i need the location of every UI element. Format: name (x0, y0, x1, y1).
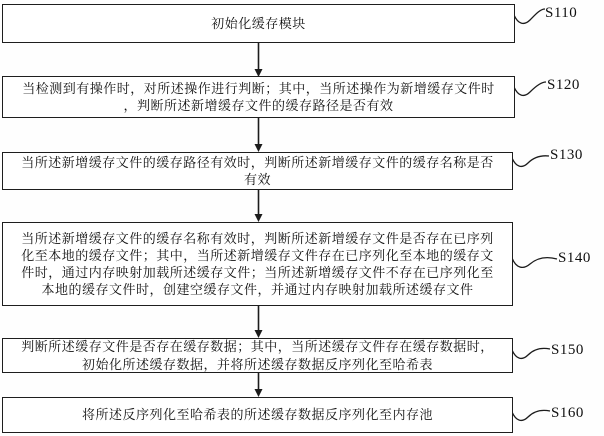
squiggle-s140 (512, 258, 557, 268)
squiggle-s120 (514, 82, 546, 95)
flow-step-box-s120: 当检测到有操作时，对所述操作进行判断；其中，当所述操作为新增缓存文件时 ，判断所… (2, 76, 515, 118)
squiggle-s160 (512, 410, 550, 420)
step-label-s150: S150 (551, 342, 584, 359)
step-label-s130: S130 (550, 147, 583, 164)
flow-step-box-s140: 当所述新增缓存文件的缓存名称有效时，判断所述新增缓存文件是否存在已序列 化至本地… (2, 222, 513, 306)
flow-arrow-3 (255, 190, 263, 222)
step-label-s160: S160 (551, 405, 584, 422)
flow-step-box-s150: 判断所述缓存文件是否存在缓存数据；其中，当所述缓存文件存在缓存数据时， 初始化所… (2, 338, 513, 373)
squiggle-s150 (512, 348, 550, 358)
squiggle-s130 (512, 156, 549, 167)
step-label-s110: S110 (545, 5, 577, 22)
flow-arrow-1 (255, 43, 263, 77)
flow-step-box-s160: 将所述反序列化至哈希表的所述缓存数据反序列化至内存池 (2, 397, 513, 433)
flow-step-box-s130: 当所述新增缓存文件的缓存路径有效时，判断所述新增缓存文件的缓存名称是否 有效 (2, 152, 513, 190)
step-label-s120: S120 (547, 77, 580, 94)
step-label-s140: S140 (558, 250, 591, 267)
squiggle-s110 (514, 9, 545, 23)
flow-arrow-5 (255, 373, 263, 397)
flowchart-figure: 初始化缓存模块 当检测到有操作时，对所述操作进行判断；其中，当所述操作为新增缓存… (0, 0, 604, 436)
flow-step-box-s110: 初始化缓存模块 (2, 4, 515, 43)
flow-arrow-4 (255, 306, 263, 338)
flow-arrow-2 (255, 118, 263, 152)
